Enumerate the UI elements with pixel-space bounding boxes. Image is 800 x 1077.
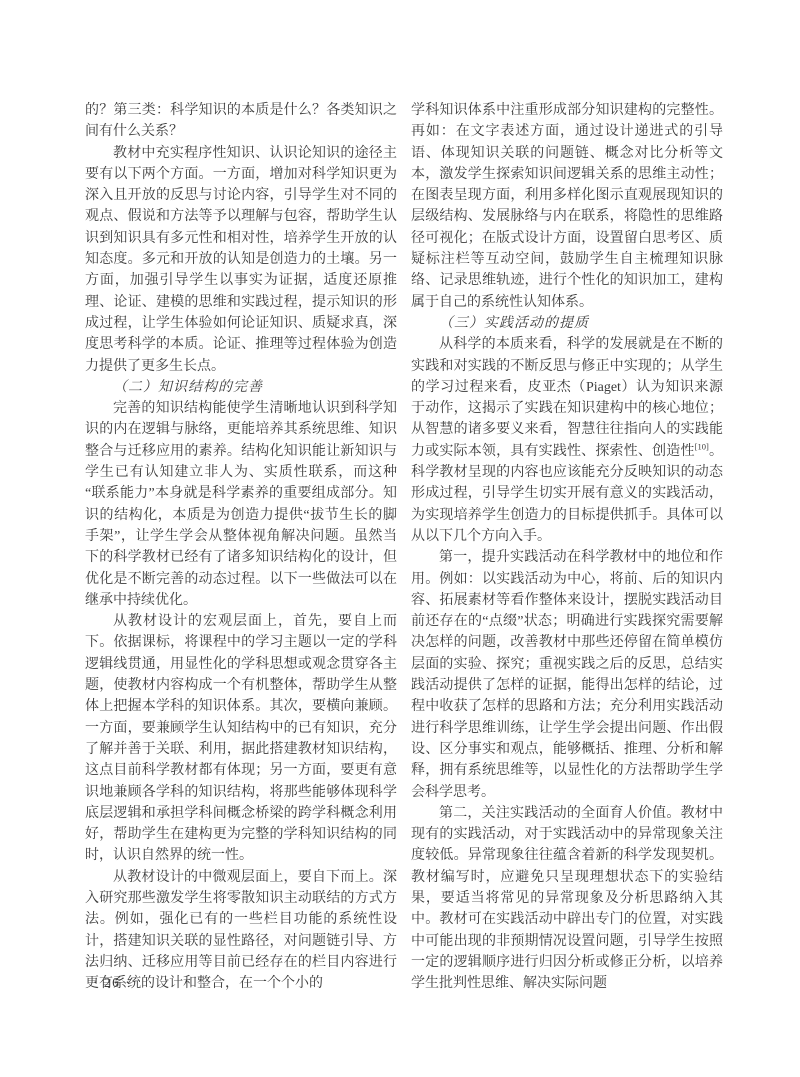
left-column: 的？第三类：科学知识的本质是什么？各类知识之间有什么关系？ 教材中充实程序性知识… bbox=[85, 100, 397, 994]
document-page: 的？第三类：科学知识的本质是什么？各类知识之间有什么关系？ 教材中充实程序性知识… bbox=[0, 0, 800, 1077]
two-column-text-body: 的？第三类：科学知识的本质是什么？各类知识之间有什么关系？ 教材中充实程序性知识… bbox=[85, 100, 723, 994]
left-paragraph-micro-design: 从教材设计的中微观层面上，要自下而上。深入研究那些激发学生将零散知识主动联结的方… bbox=[85, 867, 397, 995]
citation-ref-10: [10] bbox=[695, 441, 709, 451]
section-heading-practice-activities: （三）实践活动的提质 bbox=[411, 313, 723, 334]
right-paragraph-piaget: 从科学的本质来看，科学的发展就是在不断的实践和对实践的不断反思与修正中实现的；从… bbox=[411, 334, 723, 547]
page-number: · 26 · bbox=[93, 975, 131, 991]
section-heading-knowledge-structure: （二）知识结构的完善 bbox=[85, 377, 397, 398]
piaget-text-before-citation: 从科学的本质来看，科学的发展就是在不断的实践和对实践的不断反思与修正中实现的；从… bbox=[411, 337, 723, 458]
right-continuation-paragraph: 学科知识体系中注重形成部分知识建构的完整性。再如：在文字表述方面，通过设计递进式… bbox=[411, 100, 723, 313]
left-paragraph-procedural-knowledge: 教材中充实程序性知识、认识论知识的途径主要有以下两个方面。一方面，增加对科学知识… bbox=[85, 143, 397, 377]
left-paragraph-macro-design: 从教材设计的宏观层面上，首先，要自上而下。依据课标，将课程中的学习主题以一定的学… bbox=[85, 611, 397, 867]
right-paragraph-point-first: 第一，提升实践活动在科学教材中的地位和作用。例如：以实践活动为中心，将前、后的知… bbox=[411, 547, 723, 803]
right-column: 学科知识体系中注重形成部分知识建构的完整性。再如：在文字表述方面，通过设计递进式… bbox=[411, 100, 723, 994]
left-paragraph-structure-benefits: 完善的知识结构能使学生清晰地认识到科学知识的内在逻辑与脉络，更能培养其系统思维、… bbox=[85, 398, 397, 611]
left-continuation-paragraph: 的？第三类：科学知识的本质是什么？各类知识之间有什么关系？ bbox=[85, 100, 397, 143]
right-paragraph-point-second: 第二，关注实践活动的全面育人价值。教材中现有的实践活动，对于实践活动中的异常现象… bbox=[411, 803, 723, 995]
